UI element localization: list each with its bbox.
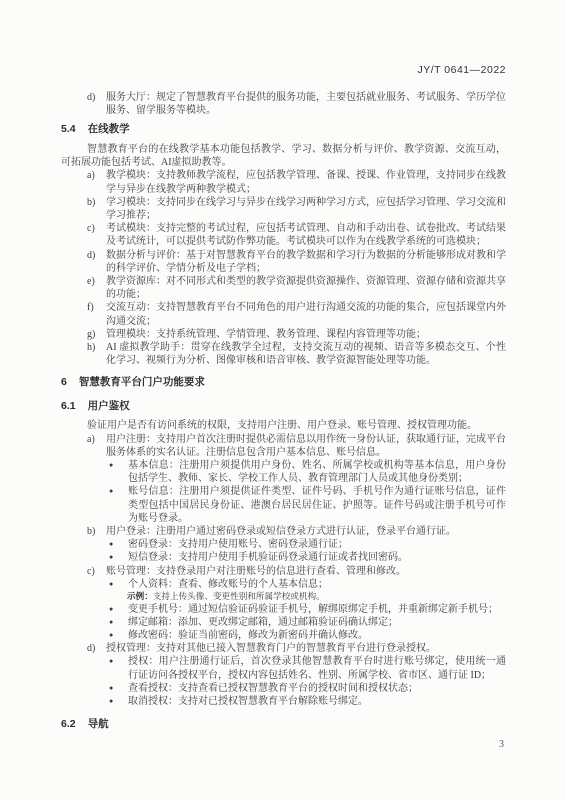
- example-label: 示例：: [127, 591, 153, 601]
- section-number: 6.1: [61, 400, 76, 412]
- bullet-item: ● 密码登录：支持用户使用账号、密码登录通行证；: [61, 538, 506, 551]
- section-number: 6: [61, 376, 67, 388]
- section-number: 6.2: [61, 718, 76, 730]
- clause-marker: g): [87, 328, 95, 341]
- clause-marker: d): [87, 91, 95, 104]
- bullet-icon: ●: [109, 629, 113, 642]
- section-heading-6-1: 6.1用户鉴权: [61, 400, 506, 414]
- bullet-item: ● 变更手机号：通过短信验证码验证手机号，解绑原绑定手机，并重新绑定新手机号；: [61, 603, 506, 616]
- bullet-icon: ●: [109, 578, 113, 591]
- clause-text: 学习模块：支持同步在线学习与异步在线学习两种学习方式，应包括学习管理、学习交流和…: [106, 197, 506, 221]
- section-title: 在线教学: [88, 123, 130, 135]
- clause-text: 交流互动：支持智慧教育平台不同角色的用户进行沟通交流的功能的集合，应包括课堂内外…: [106, 302, 506, 326]
- bullet-icon: ●: [109, 538, 113, 551]
- document-page: JY/T 0641—2022 d) 服务大厅：规定了智慧教育平台提供的服务功能，…: [0, 0, 566, 800]
- bullet-icon: ●: [109, 655, 113, 668]
- bullet-item: ● 授权：用户注册通行证后，首次登录其他智慧教育平台时进行账号绑定，使用统一通行…: [61, 655, 506, 681]
- clause-text: 用户登录：注册用户通过密码登录或短信登录方式进行认证，登录平台通行证。: [106, 526, 456, 537]
- bullet-icon: ●: [109, 551, 113, 564]
- clause-item: d) 授权管理：支持对其他已接入智慧教育门户的智慧教育平台进行登录授权。: [61, 642, 506, 655]
- clause-text: 账号管理：支持登录用户对注册账号的信息进行查看、管理和修改。: [106, 566, 406, 577]
- bullet-icon: ●: [109, 459, 113, 472]
- bullet-item: ● 绑定邮箱：添加、更改绑定邮箱，通过邮箱验证码确认绑定；: [61, 616, 506, 629]
- clause-text: 数据分析与评价：基于对智慧教育平台的教学数据和学习行为数据的分析能够形成对教和学…: [106, 250, 506, 274]
- bullet-icon: ●: [109, 603, 113, 616]
- clause-text: 用户注册：支持用户首次注册时提供必需信息以用作统一身份认证，获取通行证，完成平台…: [106, 434, 506, 458]
- section-heading-5-4: 5.4在线教学: [61, 123, 506, 137]
- clause-marker: a): [87, 169, 95, 182]
- clause-text: 管理模块：支持系统管理、学情管理、教务管理、课程内容管理等功能；: [106, 329, 426, 340]
- clause-item: d) 数据分析与评价：基于对智慧教育平台的教学数据和学习行为数据的分析能够形成对…: [61, 249, 506, 275]
- clause-item: g) 管理模块：支持系统管理、学情管理、教务管理、课程内容管理等功能；: [61, 328, 506, 341]
- clause-item: a) 用户注册：支持用户首次注册时提供必需信息以用作统一身份认证，获取通行证，完…: [61, 433, 506, 459]
- paragraph: 智慧教育平台的在线教学基本功能包括教学、学习、数据分析与评价、教学资源、交流互动…: [61, 143, 506, 169]
- clause-item: b) 学习模块：支持同步在线学习与异步在线学习两种学习方式，应包括学习管理、学习…: [61, 196, 506, 222]
- section-heading-6: 6智慧教育平台门户功能要求: [61, 376, 506, 390]
- clause-text: 授权管理：支持对其他已接入智慧教育门户的智慧教育平台进行登录授权。: [106, 643, 436, 654]
- bullet-text: 短信登录：支持用户使用手机验证码登录通行证或者找回密码。: [128, 552, 408, 563]
- bullet-text: 个人资料：查看、修改账号的个人基本信息；: [128, 579, 328, 590]
- clause-item: b) 用户登录：注册用户通过密码登录或短信登录方式进行认证，登录平台通行证。: [61, 525, 506, 538]
- bullet-item: ● 取消授权：支持对已授权智慧教育平台解除账号绑定。: [61, 695, 506, 708]
- clause-marker: d): [87, 249, 95, 262]
- page-number: 3: [499, 739, 504, 750]
- clause-text: 教学资源库：对不同形式和类型的教学资源提供资源操作、资源管理、资源存储和资源共享…: [106, 276, 506, 300]
- bullet-text: 查看授权：支持查看已授权智慧教育平台的授权时间和授权状态；: [128, 683, 418, 694]
- bullet-text: 账号信息：注册用户须提供证件类型、证件号码、手机号作为通行证账号信息，证件类型包…: [128, 486, 506, 523]
- bullet-text: 密码登录：支持用户使用账号、密码登录通行证；: [128, 539, 348, 550]
- bullet-item: ● 查看授权：支持查看已授权智慧教育平台的授权时间和授权状态；: [61, 682, 506, 695]
- bullet-item: ● 账号信息：注册用户须提供证件类型、证件号码、手机号作为通行证账号信息，证件类…: [61, 485, 506, 525]
- clause-item: a) 教学模块：支持教师教学流程，应包括教学管理、备课、授课、作业管理，支持同步…: [61, 169, 506, 195]
- clause-marker: b): [87, 196, 95, 209]
- bullet-text: 绑定邮箱：添加、更改绑定邮箱，通过邮箱验证码确认绑定；: [128, 617, 398, 628]
- bullet-icon: ●: [109, 682, 113, 695]
- bullet-item: ● 个人资料：查看、修改账号的个人基本信息；: [61, 578, 506, 591]
- clause-item: f) 交流互动：支持智慧教育平台不同角色的用户进行沟通交流的功能的集合，应包括课…: [61, 301, 506, 327]
- clause-marker: a): [87, 433, 95, 446]
- clause-text: 服务大厅：规定了智慧教育平台提供的服务功能，主要包括就业服务、考试服务、学历学位…: [106, 92, 506, 116]
- bullet-text: 授权：用户注册通行证后，首次登录其他智慧教育平台时进行账号绑定，使用统一通行证访…: [128, 656, 506, 680]
- clause-marker: e): [87, 275, 95, 288]
- paragraph: 验证用户是否有访问系统的权限，支持用户注册、用户登录、账号管理、授权管理功能。: [61, 419, 506, 432]
- clause-marker: b): [87, 525, 95, 538]
- standard-code-header: JY/T 0641—2022: [61, 64, 506, 76]
- clause-item: c) 考试模块：支持完整的考试过程，应包括考试管理、自动和手动出卷、试卷批改、考…: [61, 222, 506, 248]
- bullet-item: ● 基本信息：注册用户须提供用户身份、姓名、所属学校或机构等基本信息，用户身份包…: [61, 459, 506, 485]
- example-note: 示例：支持上传头像、变更性别和所属学校或机构。: [61, 591, 506, 603]
- section-number: 5.4: [61, 123, 76, 135]
- section-title: 导航: [88, 718, 109, 730]
- bullet-item: ● 修改密码：验证当前密码，修改为新密码并确认修改。: [61, 629, 506, 642]
- clause-text: AI 虚拟教学助手：贯穿在线教学全过程，支持交流互动的视频、语音等多模态交互、个…: [106, 342, 506, 366]
- section-title: 用户鉴权: [88, 400, 130, 412]
- clause-marker: h): [87, 341, 95, 354]
- document-body: d) 服务大厅：规定了智慧教育平台提供的服务功能，主要包括就业服务、考试服务、学…: [61, 91, 506, 732]
- bullet-item: ● 短信登录：支持用户使用手机验证码登录通行证或者找回密码。: [61, 551, 506, 564]
- bullet-text: 变更手机号：通过短信验证码验证手机号，解绑原绑定手机，并重新绑定新手机号；: [128, 604, 498, 615]
- section-title: 智慧教育平台门户功能要求: [79, 376, 205, 388]
- bullet-icon: ●: [109, 616, 113, 629]
- clause-item: c) 账号管理：支持登录用户对注册账号的信息进行查看、管理和修改。: [61, 565, 506, 578]
- clause-marker: c): [87, 222, 95, 235]
- section-heading-6-2: 6.2导航: [61, 718, 506, 732]
- clause-text: 教学模块：支持教师教学流程，应包括教学管理、备课、授课、作业管理，支持同步在线教…: [106, 170, 506, 194]
- clause-marker: d): [87, 642, 95, 655]
- bullet-icon: ●: [109, 485, 113, 498]
- clause-marker: f): [87, 301, 94, 314]
- bullet-icon: ●: [109, 695, 113, 708]
- bullet-text: 基本信息：注册用户须提供用户身份、姓名、所属学校或机构等基本信息，用户身份包括学…: [128, 460, 506, 484]
- clause-item: e) 教学资源库：对不同形式和类型的教学资源提供资源操作、资源管理、资源存储和资…: [61, 275, 506, 301]
- clause-marker: c): [87, 565, 95, 578]
- example-text: 支持上传头像、变更性别和所属学校或机构。: [153, 591, 325, 601]
- bullet-text: 修改密码：验证当前密码，修改为新密码并确认修改。: [128, 630, 368, 641]
- bullet-text: 取消授权：支持对已授权智慧教育平台解除账号绑定。: [128, 696, 368, 707]
- clause-item: d) 服务大厅：规定了智慧教育平台提供的服务功能，主要包括就业服务、考试服务、学…: [61, 91, 506, 117]
- clause-text: 考试模块：支持完整的考试过程，应包括考试管理、自动和手动出卷、试卷批改、考试结果…: [106, 223, 506, 247]
- clause-item: h) AI 虚拟教学助手：贯穿在线教学全过程，支持交流互动的视频、语音等多模态交…: [61, 341, 506, 367]
